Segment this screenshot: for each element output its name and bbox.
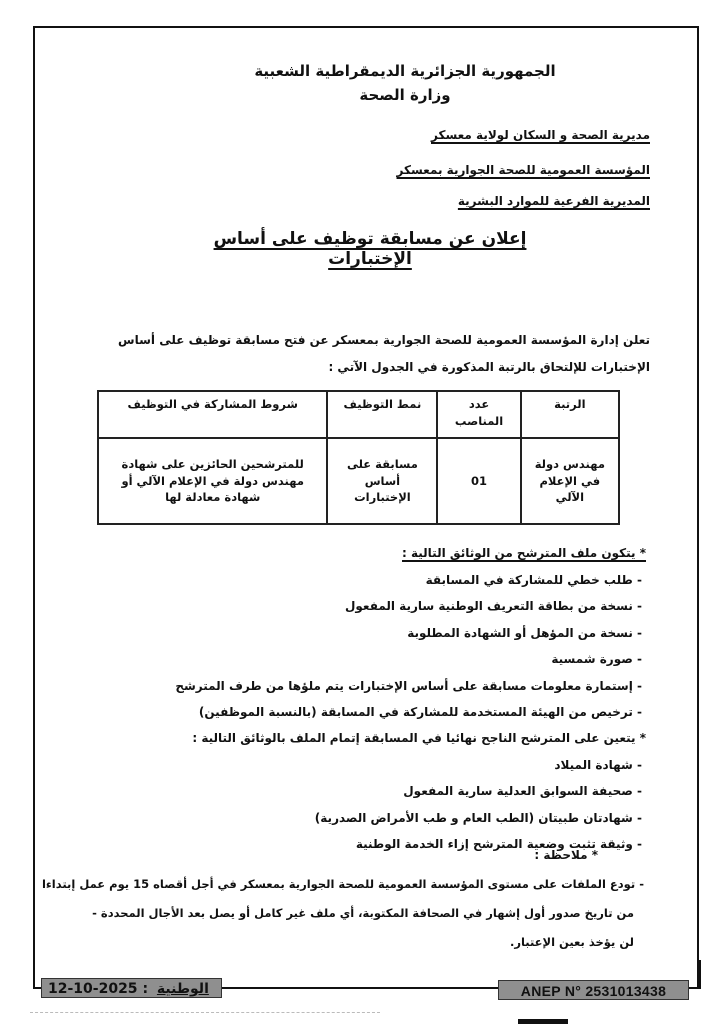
department-institution: المؤسسة العمومية للصحة الجوارية بمعسكر [397,163,650,177]
frame-line [699,960,701,989]
list-item: - طلب خطي للمشاركة في المسابقة [46,567,646,594]
note-line-2: من تاريخ صدور أول إشهار في الصحافة المكت… [54,899,644,928]
note-line-1: - تودع الملفات على مستوى المؤسسة العمومي… [54,870,644,899]
table-row: مهندس دولة في الإعلام الآلي 01 مسابقة عل… [98,438,619,524]
republic-heading: الجمهورية الجزائرية الديمقراطية الشعبية [200,62,610,80]
list-item: - إستمارة معلومات مسابقة على أساس الإختب… [46,673,646,700]
table-header-row: الرتبة عدد المناصب نمط التوظيف شروط المش… [98,391,619,438]
stamp-separator: : [142,981,148,997]
publication-date: 12-10-2025 [48,981,138,997]
newspaper-name: الوطنية [157,981,209,997]
list-item: - شهادتان طبيتان (الطب العام و طب الأمرا… [46,805,646,832]
scan-artifact-bar [518,1019,568,1024]
column-header-mode: نمط التوظيف [327,391,437,438]
list-item: - نسخة من بطاقة التعريف الوطنية سارية ال… [46,593,646,620]
frame-line [222,987,498,989]
list-item: - شهادة الميلاد [46,752,646,779]
intro-line-1: تعلن إدارة المؤسسة العمومية للصحة الجوار… [118,333,650,347]
cell-positions: 01 [437,438,520,524]
note-heading: * ملاحظة : [534,848,598,862]
ministry-heading: وزارة الصحة [200,86,610,104]
positions-table: الرتبة عدد المناصب نمط التوظيف شروط المش… [97,390,620,525]
newspaper-date-stamp: الوطنية : 12-10-2025 [41,978,222,998]
department-subdirectorate: المديرية الفرعية للموارد البشرية [458,194,650,208]
column-header-positions: عدد المناصب [437,391,520,438]
cell-conditions: للمترشحين الحائزين على شهادة مهندس دولة … [98,438,327,524]
intro-line-2: الإختبارات للإلتحاق بالرتبة المذكورة في … [328,360,650,374]
successful-documents-heading: * يتعين على المترشح الناجح نهائيا في الم… [46,725,646,752]
column-header-conditions: شروط المشاركة في التوظيف [98,391,327,438]
cell-mode: مسابقة على أساس الإختبارات [327,438,437,524]
list-item: - صحيفة السوابق العدلية سارية المفعول [46,778,646,805]
file-documents-heading: * يتكون ملف المترشح من الوثائق التالية : [402,546,646,560]
anep-number-stamp: ANEP N° 2531013438 [498,980,689,1000]
column-header-grade: الرتبة [521,391,619,438]
department-directorate: مديرية الصحة و السكان لولاية معسكر [431,128,650,142]
file-documents-list: * يتكون ملف المترشح من الوثائق التالية :… [46,540,646,726]
successful-documents-list: * يتعين على المترشح الناجح نهائيا في الم… [46,725,646,858]
announcement-title: إعلان عن مسابقة توظيف على أساس الإختبارا… [180,229,560,269]
list-item: - نسخة من المؤهل أو الشهادة المطلوبة [46,620,646,647]
scan-artifact-line [30,1012,380,1013]
note-line-3: لن يؤخذ بعين الإعتبار. [54,928,644,957]
list-item: - ترخيص من الهيئة المستخدمة للمشاركة في … [46,699,646,726]
cell-grade: مهندس دولة في الإعلام الآلي [521,438,619,524]
list-item: - صورة شمسية [46,646,646,673]
note-block: - تودع الملفات على مستوى المؤسسة العمومي… [54,870,644,957]
